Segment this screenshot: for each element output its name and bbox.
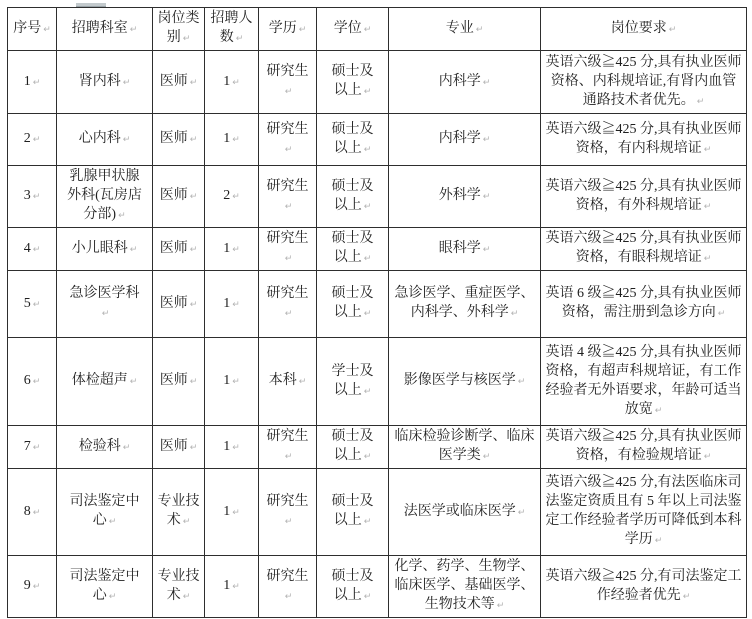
cell-count: 1↵ [205,228,259,271]
cell-education: 研究生↵ [259,556,317,618]
paragraph-mark-icon: ↵ [33,377,41,387]
cell-serial: 3↵ [8,166,57,228]
cell-requirements: 英语六级≧425 分,具有执业医师资格、内科规培证,有肾内血管通路技术者优先。↵ [541,51,747,114]
cell-requirements: 英语六级≧425 分,有司法鉴定工作经验者优先↵ [541,556,747,618]
cell-serial: 6↵ [8,338,57,426]
cell-department: 急诊医学科↵ [57,271,153,338]
cell-serial: 8↵ [8,469,57,556]
paragraph-mark-icon: ↵ [364,145,372,155]
cell-requirements: 英语六级≧425 分,具有执业医师资格，有眼科规培证↵ [541,228,747,271]
paragraph-mark-icon: ↵ [33,78,41,88]
paragraph-mark-icon: ↵ [285,145,293,155]
paragraph-mark-icon: ↵ [232,78,240,88]
cell-degree: 硕士及以上↵ [317,166,389,228]
paragraph-mark-icon: ↵ [123,135,131,145]
paragraph-mark-icon: ↵ [190,377,198,387]
cell-serial: 9↵ [8,556,57,618]
cell-serial: 2↵ [8,114,57,166]
cell-education: 研究生↵ [259,228,317,271]
paragraph-mark-icon: ↵ [109,592,117,602]
cell-education: 本科↵ [259,338,317,426]
cell-degree: 硕士及以上↵ [317,469,389,556]
cell-major: 外科学↵ [389,166,541,228]
paragraph-mark-icon: ↵ [232,443,240,453]
cell-degree: 硕士及以上↵ [317,228,389,271]
paragraph-mark-icon: ↵ [285,517,293,527]
paragraph-mark-icon: ↵ [476,25,484,35]
paragraph-mark-icon: ↵ [33,582,41,592]
cell-requirements: 英语六级≧425 分,具有执业医师资格，有检验规培证↵ [541,426,747,469]
cell-degree: 硕士及以上↵ [317,51,389,114]
paragraph-mark-icon: ↵ [364,387,372,397]
paragraph-mark-icon: ↵ [704,452,712,462]
cell-count: 1↵ [205,271,259,338]
table-row: 6↵ 体检超声↵ 医师↵ 1↵ 本科↵ 学士及以上↵ 影像医学与核医学↵ 英语 … [8,338,747,426]
paragraph-mark-icon: ↵ [518,508,526,518]
paragraph-mark-icon: ↵ [285,592,293,602]
paragraph-mark-icon: ↵ [483,78,491,88]
paragraph-mark-icon: ↵ [190,78,198,88]
table-row: 9↵ 司法鉴定中心↵ 专业技术↵ 1↵ 研究生↵ 硕士及以上↵ 化学、药学、生物… [8,556,747,618]
cell-department: 小儿眼科↵ [57,228,153,271]
paragraph-mark-icon: ↵ [285,309,293,319]
paragraph-mark-icon: ↵ [190,300,198,310]
paragraph-mark-icon: ↵ [232,192,240,202]
paragraph-mark-icon: ↵ [299,25,307,35]
header-degree: 学位↵ [317,8,389,51]
paragraph-mark-icon: ↵ [232,135,240,145]
header-serial: 序号↵ [8,8,57,51]
cell-requirements: 英语 4 级≧425 分,具有执业医师资格，有超声科规培证，有工作经验者无外语要… [541,338,747,426]
cell-major: 内科学↵ [389,51,541,114]
header-major: 专业↵ [389,8,541,51]
paragraph-mark-icon: ↵ [190,192,198,202]
cell-category: 医师↵ [153,426,205,469]
paragraph-mark-icon: ↵ [102,309,110,319]
cell-education: 研究生↵ [259,271,317,338]
cell-category: 专业技术↵ [153,469,205,556]
cell-degree: 硕士及以上↵ [317,426,389,469]
table-row: 3↵ 乳腺甲状腺外科(瓦房店分部)↵ 医师↵ 2↵ 研究生↵ 硕士及以上↵ 外科… [8,166,747,228]
paragraph-mark-icon: ↵ [285,87,293,97]
paragraph-mark-icon: ↵ [236,34,244,44]
cell-category: 医师↵ [153,114,205,166]
cell-count: 1↵ [205,469,259,556]
paragraph-mark-icon: ↵ [183,592,191,602]
cell-degree: 硕士及以上↵ [317,271,389,338]
cell-count: 1↵ [205,426,259,469]
paragraph-mark-icon: ↵ [123,78,131,88]
cell-department: 司法鉴定中心↵ [57,469,153,556]
paragraph-mark-icon: ↵ [33,135,41,145]
header-category: 岗位类别↵ [153,8,205,51]
paragraph-mark-icon: ↵ [655,536,663,546]
paragraph-mark-icon: ↵ [483,192,491,202]
paragraph-mark-icon: ↵ [109,517,117,527]
paragraph-mark-icon: ↵ [183,34,191,44]
cell-degree: 硕士及以上↵ [317,556,389,618]
paragraph-mark-icon: ↵ [33,300,41,310]
table-header-row: 序号↵ 招聘科室↵ 岗位类别↵ 招聘人数↵ 学历↵ 学位↵ 专业↵ 岗位要求↵ [8,8,747,51]
paragraph-mark-icon: ↵ [511,309,519,319]
cell-category: 医师↵ [153,271,205,338]
paragraph-mark-icon: ↵ [718,309,726,319]
paragraph-mark-icon: ↵ [33,443,41,453]
paragraph-mark-icon: ↵ [364,452,372,462]
paragraph-mark-icon: ↵ [518,377,526,387]
cell-category: 医师↵ [153,51,205,114]
cell-count: 1↵ [205,51,259,114]
cell-category: 医师↵ [153,338,205,426]
paragraph-mark-icon: ↵ [704,202,712,212]
paragraph-mark-icon: ↵ [364,309,372,319]
header-education: 学历↵ [259,8,317,51]
cell-department: 检验科↵ [57,426,153,469]
cell-serial: 1↵ [8,51,57,114]
cell-department: 乳腺甲状腺外科(瓦房店分部)↵ [57,166,153,228]
paragraph-mark-icon: ↵ [299,377,307,387]
paragraph-mark-icon: ↵ [285,202,293,212]
paragraph-mark-icon: ↵ [483,245,491,255]
paragraph-mark-icon: ↵ [669,25,677,35]
cell-serial: 5↵ [8,271,57,338]
paragraph-mark-icon: ↵ [697,97,705,107]
paragraph-mark-icon: ↵ [232,300,240,310]
paragraph-mark-icon: ↵ [190,245,198,255]
cell-major: 法医学或临床医学↵ [389,469,541,556]
paragraph-mark-icon: ↵ [232,508,240,518]
recruitment-table: 序号↵ 招聘科室↵ 岗位类别↵ 招聘人数↵ 学历↵ 学位↵ 专业↵ 岗位要求↵ … [7,7,747,618]
paragraph-mark-icon: ↵ [118,211,126,221]
paragraph-mark-icon: ↵ [364,254,372,264]
cell-department: 体检超声↵ [57,338,153,426]
cell-major: 急诊医学、重症医学、内科学、外科学↵ [389,271,541,338]
paragraph-mark-icon: ↵ [497,601,505,611]
paragraph-mark-icon: ↵ [33,192,41,202]
cell-education: 研究生↵ [259,114,317,166]
cell-department: 司法鉴定中心↵ [57,556,153,618]
cell-major: 影像医学与核医学↵ [389,338,541,426]
cell-category: 医师↵ [153,228,205,271]
paragraph-mark-icon: ↵ [483,452,491,462]
paragraph-mark-icon: ↵ [364,87,372,97]
cell-category: 医师↵ [153,166,205,228]
cell-department: 心内科↵ [57,114,153,166]
cell-count: 2↵ [205,166,259,228]
paragraph-mark-icon: ↵ [364,25,372,35]
cell-requirements: 英语六级≧425 分,具有执业医师资格，有内科规培证↵ [541,114,747,166]
cell-major: 眼科学↵ [389,228,541,271]
cell-requirements: 英语六级≧425 分,具有执业医师资格，有外科规培证↵ [541,166,747,228]
cell-education: 研究生↵ [259,166,317,228]
cell-degree: 学士及以上↵ [317,338,389,426]
paragraph-mark-icon: ↵ [704,145,712,155]
cell-major: 化学、药学、生物学、临床医学、基础医学、生物技术等↵ [389,556,541,618]
table-row: 8↵ 司法鉴定中心↵ 专业技术↵ 1↵ 研究生↵ 硕士及以上↵ 法医学或临床医学… [8,469,747,556]
cell-department: 肾内科↵ [57,51,153,114]
paragraph-mark-icon: ↵ [364,592,372,602]
table-row: 2↵ 心内科↵ 医师↵ 1↵ 研究生↵ 硕士及以上↵ 内科学↵ 英语六级≧425… [8,114,747,166]
paragraph-mark-icon: ↵ [130,245,138,255]
cell-major: 内科学↵ [389,114,541,166]
paragraph-mark-icon: ↵ [190,443,198,453]
paragraph-mark-icon: ↵ [364,202,372,212]
paragraph-mark-icon: ↵ [655,406,663,416]
cell-education: 研究生↵ [259,51,317,114]
cell-count: 1↵ [205,114,259,166]
paragraph-mark-icon: ↵ [232,377,240,387]
paragraph-mark-icon: ↵ [285,254,293,264]
cell-serial: 4↵ [8,228,57,271]
cell-major: 临床检验诊断学、临床医学类↵ [389,426,541,469]
cell-education: 研究生↵ [259,469,317,556]
paragraph-mark-icon: ↵ [33,508,41,518]
paragraph-mark-icon: ↵ [43,25,51,35]
cell-category: 专业技术↵ [153,556,205,618]
paragraph-mark-icon: ↵ [683,592,691,602]
table-row: 7↵ 检验科↵ 医师↵ 1↵ 研究生↵ 硕士及以上↵ 临床检验诊断学、临床医学类… [8,426,747,469]
paragraph-mark-icon: ↵ [130,25,138,35]
header-count: 招聘人数↵ [205,8,259,51]
table-row: 5↵ 急诊医学科↵ 医师↵ 1↵ 研究生↵ 硕士及以上↵ 急诊医学、重症医学、内… [8,271,747,338]
paragraph-mark-icon: ↵ [285,452,293,462]
paragraph-mark-icon: ↵ [364,517,372,527]
cell-count: 1↵ [205,338,259,426]
header-department: 招聘科室↵ [57,8,153,51]
table-row: 4↵ 小儿眼科↵ 医师↵ 1↵ 研究生↵ 硕士及以上↵ 眼科学↵ 英语六级≧42… [8,228,747,271]
cell-degree: 硕士及以上↵ [317,114,389,166]
paragraph-mark-icon: ↵ [232,582,240,592]
paragraph-mark-icon: ↵ [183,517,191,527]
cell-education: 研究生↵ [259,426,317,469]
cell-count: 1↵ [205,556,259,618]
paragraph-mark-icon: ↵ [190,135,198,145]
paragraph-mark-icon: ↵ [123,443,131,453]
paragraph-mark-icon: ↵ [704,254,712,264]
cell-requirements: 英语六级≧425 分,有法医临床司法鉴定资质且有 5 年以上司法鉴定工作经验者学… [541,469,747,556]
header-requirements: 岗位要求↵ [541,8,747,51]
cell-serial: 7↵ [8,426,57,469]
paragraph-mark-icon: ↵ [130,377,138,387]
paragraph-mark-icon: ↵ [33,245,41,255]
paragraph-mark-icon: ↵ [232,245,240,255]
table-row: 1↵ 肾内科↵ 医师↵ 1↵ 研究生↵ 硕士及以上↵ 内科学↵ 英语六级≧425… [8,51,747,114]
cell-requirements: 英语 6 级≧425 分,具有执业医师资格，需注册到急诊方向↵ [541,271,747,338]
paragraph-mark-icon: ↵ [483,135,491,145]
